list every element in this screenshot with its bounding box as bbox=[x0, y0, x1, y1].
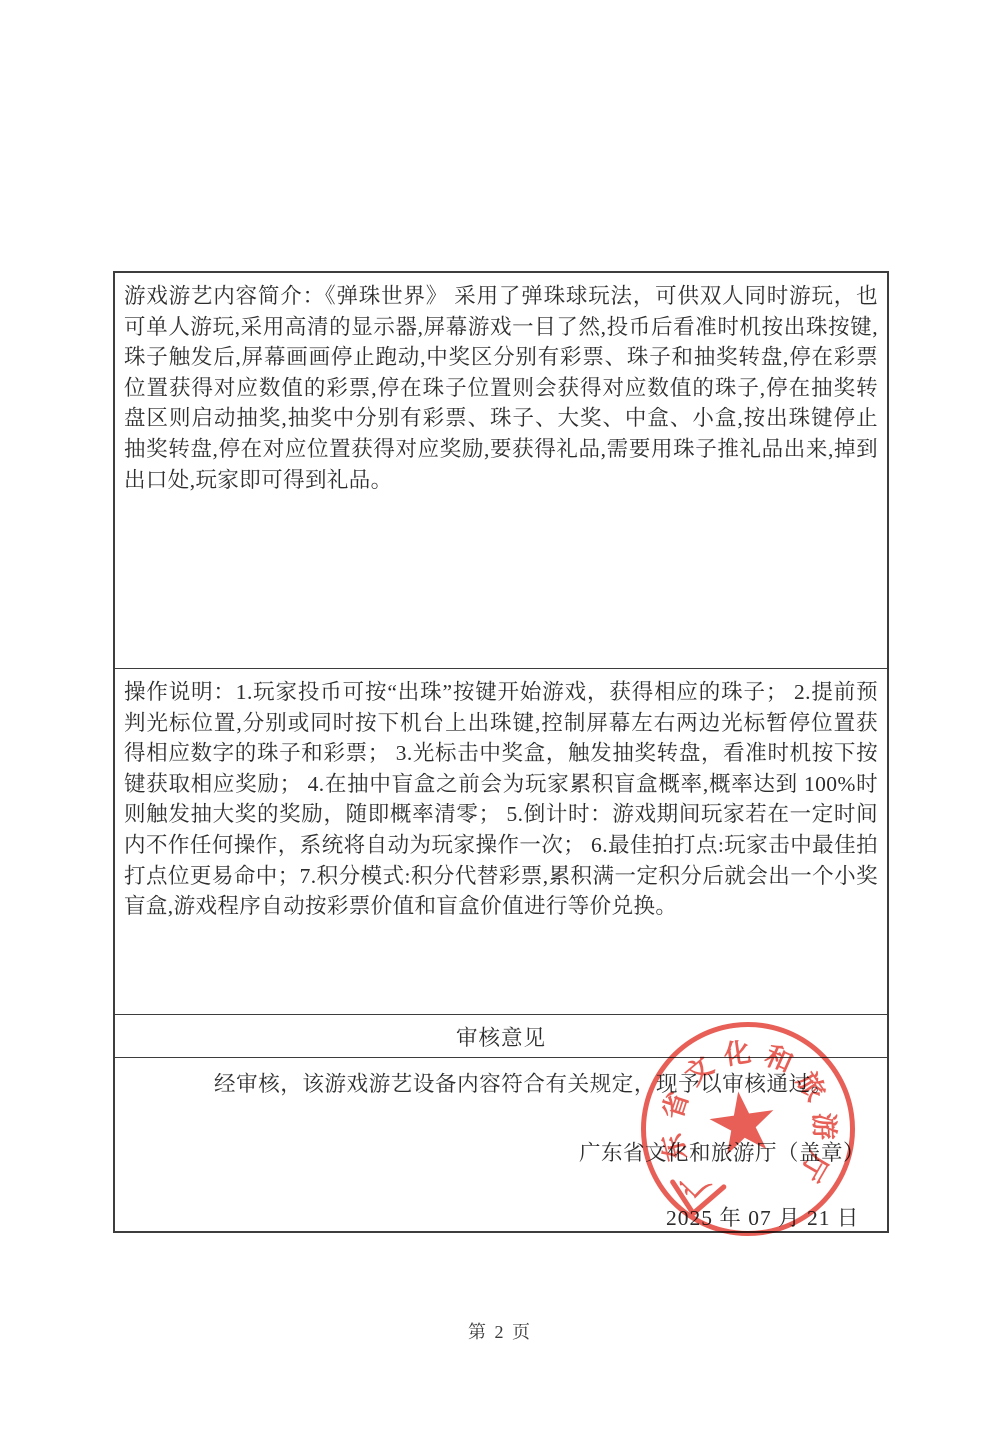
game-intro-cell: 游戏游艺内容简介：《弹珠世界》 采用了弹珠球玩法，可供双人同时游玩，也可单人游玩… bbox=[115, 273, 887, 668]
review-table: 游戏游艺内容简介：《弹珠世界》 采用了弹珠球玩法，可供双人同时游玩，也可单人游玩… bbox=[113, 271, 889, 1233]
approval-date: 2025 年 07 月 21 日 bbox=[666, 1201, 859, 1232]
approval-cell: 经审核，该游戏游艺设备内容符合有关规定，现予以审核通过。 广东省文化和旅游厅（盖… bbox=[115, 1057, 887, 1231]
operation-instructions-cell: 操作说明：1.玩家投币可按“出珠”按键开始游戏，获得相应的珠子； 2.提前预判光… bbox=[115, 668, 887, 1014]
review-opinion-header: 审核意见 bbox=[456, 1021, 546, 1052]
game-intro-text: 游戏游艺内容简介：《弹珠世界》 采用了弹珠球玩法，可供双人同时游玩，也可单人游玩… bbox=[124, 281, 878, 495]
operation-instructions-text: 操作说明：1.玩家投币可按“出珠”按键开始游戏，获得相应的珠子； 2.提前预判光… bbox=[124, 677, 878, 922]
page-number: 第 2 页 bbox=[0, 1318, 1000, 1344]
signing-organization: 广东省文化和旅游厅（盖章） bbox=[579, 1136, 865, 1167]
review-opinion-header-cell: 审核意见 bbox=[115, 1014, 887, 1057]
approval-result-text: 经审核，该游戏游艺设备内容符合有关规定，现予以审核通过。 bbox=[124, 1069, 877, 1100]
document-page: 游戏游艺内容简介：《弹珠世界》 采用了弹珠球玩法，可供双人同时游玩，也可单人游玩… bbox=[0, 0, 1000, 1437]
